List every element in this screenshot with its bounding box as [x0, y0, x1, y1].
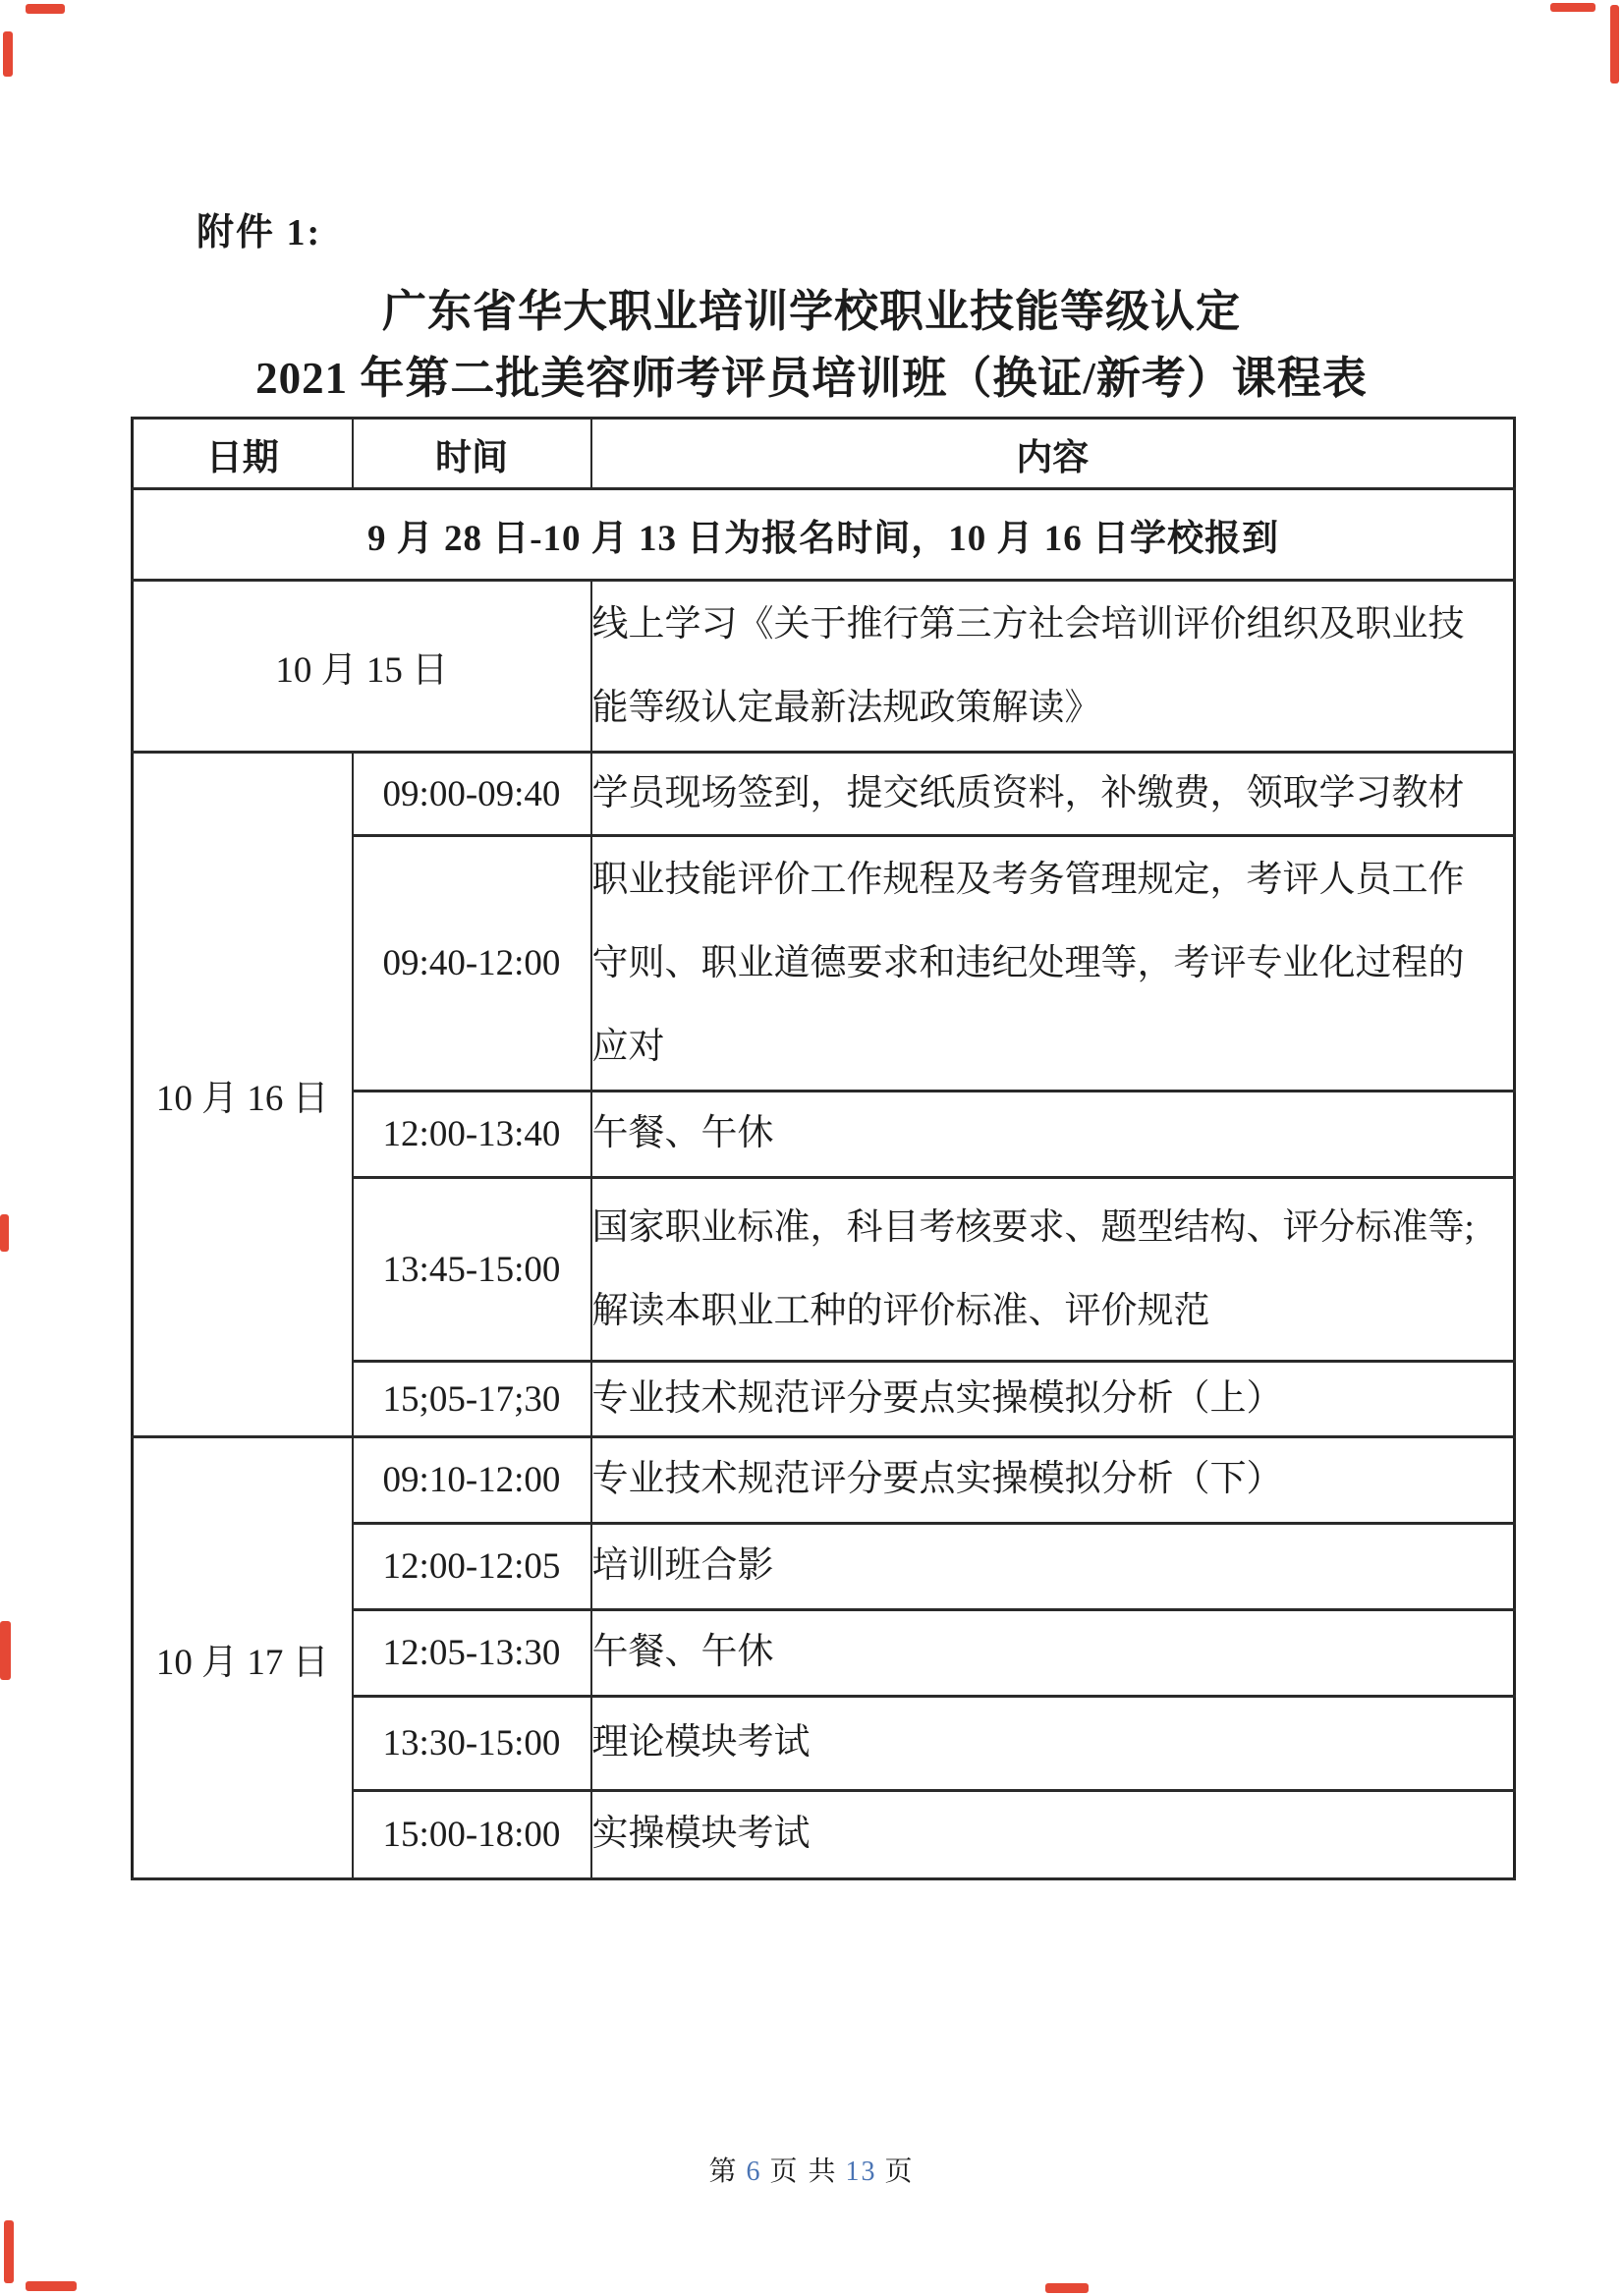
content-line: 国家职业标准，科目考核要求、题型结构、评分标准等; [592, 1186, 1514, 1269]
content-cell: 国家职业标准，科目考核要求、题型结构、评分标准等; 解读本职业工种的评价标准、评… [591, 1178, 1515, 1362]
page-title: 广东省华大职业培训学校职业技能等级认定 [0, 275, 1623, 339]
red-ink-artifact [4, 2220, 14, 2283]
table-header-row: 日期 时间 内容 [133, 419, 1515, 489]
content-cell: 午餐、午休 [591, 1610, 1515, 1697]
red-ink-artifact [26, 2281, 77, 2291]
time-cell: 09:40-12:00 [353, 836, 591, 1092]
content-cell: 专业技术规范评分要点实操模拟分析（下） [591, 1437, 1515, 1524]
table-row: 10 月 16 日 09:00-09:40 学员现场签到，提交纸质资料，补缴费，… [133, 753, 1515, 836]
header-cell-time: 时间 [353, 419, 591, 489]
content-line: 线上学习《关于推行第三方社会培训评价组织及职业技 [592, 583, 1514, 666]
time-cell: 12:00-12:05 [353, 1524, 591, 1610]
time-cell: 09:00-09:40 [353, 753, 591, 836]
time-cell: 12:00-13:40 [353, 1092, 591, 1178]
red-ink-artifact [1045, 2283, 1089, 2293]
document-page: 附件 1: 广东省华大职业培训学校职业技能等级认定 2021 年第二批美容师考评… [0, 0, 1623, 2296]
time-cell: 15;05-17;30 [353, 1362, 591, 1437]
footer-text: 第 [708, 2156, 738, 2187]
red-ink-artifact [26, 4, 65, 14]
registration-notice: 9 月 28 日-10 月 13 日为报名时间，10 月 16 日学校报到 [133, 489, 1515, 581]
notice-row: 9 月 28 日-10 月 13 日为报名时间，10 月 16 日学校报到 [133, 489, 1515, 581]
content-cell: 培训班合影 [591, 1524, 1515, 1610]
time-cell: 12:05-13:30 [353, 1610, 591, 1697]
content-cell: 实操模块考试 [591, 1791, 1515, 1879]
content-cell: 专业技术规范评分要点实操模拟分析（上） [591, 1362, 1515, 1437]
header-cell-date: 日期 [133, 419, 353, 489]
footer-text: 页 [885, 2156, 915, 2187]
page-footer: 第6页 共13页 [0, 2150, 1623, 2189]
schedule-table: 日期 时间 内容 9 月 28 日-10 月 13 日为报名时间，10 月 16… [131, 417, 1516, 1880]
content-line: 解读本职业工种的评价标准、评价规范 [592, 1269, 1514, 1353]
footer-text: 页 共 [769, 2156, 837, 2187]
content-cell: 线上学习《关于推行第三方社会培训评价组织及职业技 能等级认定最新法规政策解读》 [591, 581, 1515, 753]
content-line: 应对 [592, 1005, 1514, 1089]
content-line: 职业技能评价工作规程及考务管理规定，考评人员工作 [592, 838, 1514, 922]
time-cell: 09:10-12:00 [353, 1437, 591, 1524]
date-cell: 10 月 17 日 [133, 1437, 353, 1879]
table-row: 10 月 15 日 线上学习《关于推行第三方社会培训评价组织及职业技 能等级认定… [133, 581, 1515, 753]
time-cell: 15:00-18:00 [353, 1791, 591, 1879]
red-ink-artifact [3, 31, 13, 77]
red-ink-artifact [1550, 3, 1595, 12]
date-cell: 10 月 15 日 [133, 581, 591, 753]
header-cell-content: 内容 [591, 419, 1515, 489]
table-row: 10 月 17 日 09:10-12:00 专业技术规范评分要点实操模拟分析（下… [133, 1437, 1515, 1524]
time-cell: 13:30-15:00 [353, 1697, 591, 1791]
content-line: 守则、职业道德要求和违纪处理等，考评专业化过程的 [592, 922, 1514, 1005]
content-cell: 午餐、午休 [591, 1092, 1515, 1178]
content-cell: 职业技能评价工作规程及考务管理规定，考评人员工作 守则、职业道德要求和违纪处理等… [591, 836, 1515, 1092]
attachment-label: 附件 1: [196, 201, 321, 255]
page-number: 6 [746, 2156, 761, 2187]
time-cell: 13:45-15:00 [353, 1178, 591, 1362]
total-pages: 13 [846, 2156, 877, 2187]
content-cell: 学员现场签到，提交纸质资料，补缴费，领取学习教材 [591, 753, 1515, 836]
date-cell: 10 月 16 日 [133, 753, 353, 1437]
red-ink-artifact [0, 1621, 11, 1680]
content-line: 能等级认定最新法规政策解读》 [592, 666, 1514, 750]
page-subtitle: 2021 年第二批美容师考评员培训班（换证/新考）课程表 [0, 342, 1623, 406]
content-cell: 理论模块考试 [591, 1697, 1515, 1791]
red-ink-artifact [1610, 5, 1619, 84]
red-ink-artifact [0, 1214, 9, 1252]
